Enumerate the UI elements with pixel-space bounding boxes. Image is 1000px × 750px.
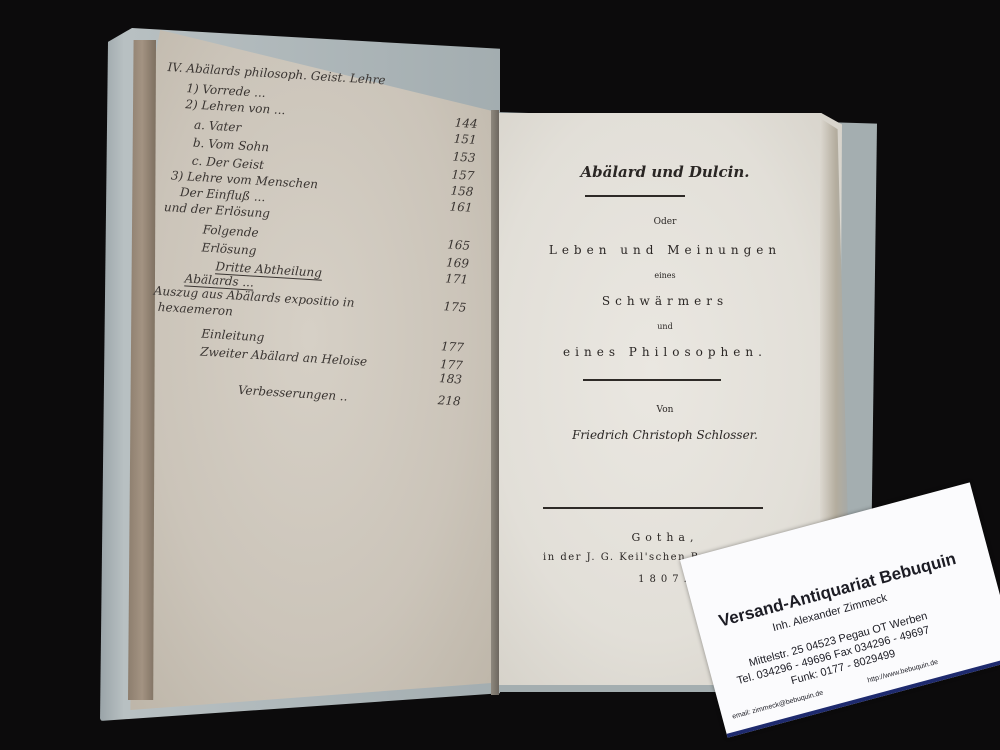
note-page: 175: [443, 299, 467, 314]
subtitle-schwaermers: Schwärmers: [505, 294, 825, 308]
note-line: Einleitung: [201, 327, 265, 345]
note-page: 144: [454, 116, 478, 131]
handwritten-contents: IV. Abälards philosoph. Geist. Lehre 1) …: [147, 60, 498, 429]
note-page: 218: [437, 393, 461, 408]
ornamental-rule-bottom: [543, 507, 763, 509]
by-line: Von: [505, 405, 825, 415]
note-page: 161: [449, 199, 473, 214]
note-page: 151: [453, 132, 477, 147]
note-page: 165: [447, 237, 471, 252]
note-line: a. Vater: [194, 118, 242, 135]
note-line: b. Vom Sohn: [193, 136, 270, 155]
book-gutter: [491, 110, 499, 695]
note-page: 183: [439, 371, 463, 386]
divider-rule: [583, 379, 721, 381]
subtitle-philosophen: eines Philosophen.: [505, 345, 825, 359]
title-page: Abälard und Dulcin. Oder Leben und Meinu…: [505, 150, 825, 590]
note-line: Zweiter Abälard an Heloise: [200, 345, 368, 369]
note-line: Erlösung: [201, 240, 257, 257]
note-page: 177: [440, 357, 464, 372]
subtitle-leben: Leben und Meinungen: [505, 243, 825, 257]
note-line: Folgende: [202, 222, 259, 239]
note-line: c. Der Geist: [191, 154, 264, 172]
note-line: hexaemeron: [157, 300, 233, 319]
subtitle-oder: Oder: [505, 217, 825, 227]
book-title: Abälard und Dulcin.: [505, 163, 825, 181]
subtitle-eines: eines: [505, 271, 825, 280]
note-line: 2) Lehren von ...: [185, 97, 286, 117]
subtitle-und: und: [505, 322, 825, 331]
book-photo: IV. Abälards philosoph. Geist. Lehre 1) …: [0, 0, 1000, 750]
note-page: 177: [441, 339, 465, 354]
author-name: Friedrich Christoph Schlosser.: [505, 428, 825, 442]
card-email: email: zimmeck@bebuquin.de: [732, 690, 824, 721]
ornamental-rule: [585, 195, 685, 197]
note-page: 153: [452, 150, 476, 165]
note-page: 171: [445, 271, 469, 286]
note-page: 158: [450, 184, 474, 199]
note-line: Verbesserungen ..: [238, 383, 348, 404]
note-page: 157: [451, 168, 475, 183]
note-page: 169: [446, 255, 470, 270]
